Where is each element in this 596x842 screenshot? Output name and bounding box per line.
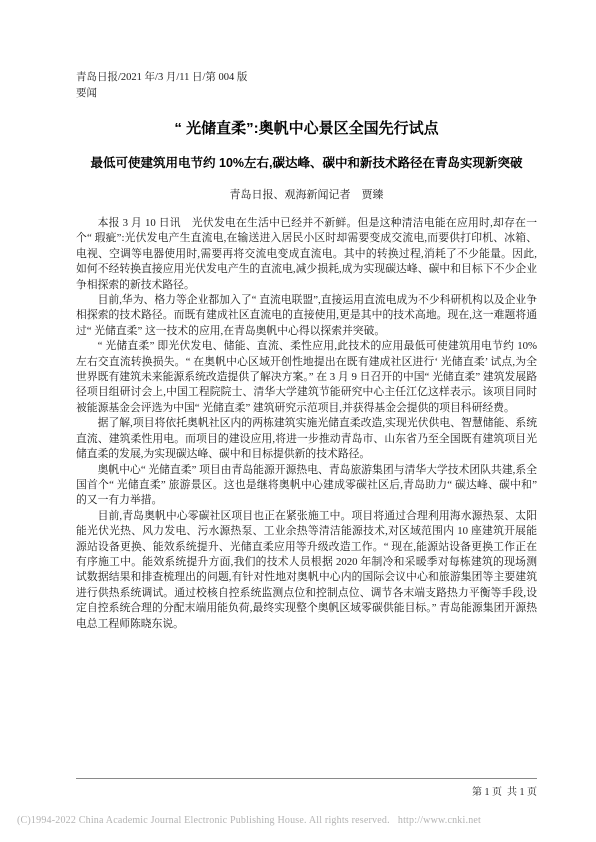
article-paragraph: 本报 3 月 10 日讯 光伏发电在生活中已经并不新鲜。但是这种清洁电能在应用时…	[76, 216, 537, 293]
footer-divider	[76, 778, 537, 779]
article-title: “ 光储直柔”:奥帆中心景区全国先行试点	[76, 119, 537, 139]
article-byline: 青岛日报、观海新闻记者 贾臻	[76, 186, 537, 202]
article-paragraph: 目前,华为、格力等企业都加入了“ 直流电联盟”,直接运用直流电成为不少科研机构以…	[76, 293, 537, 339]
section-label: 要闻	[76, 86, 537, 102]
copyright-notice: (C)1994-2022 China Academic Journal Elec…	[17, 815, 481, 826]
article-paragraph: 目前,青岛奥帆中心零碳社区项目也正在紧张施工中。项目将通过合理利用海水源热泵、太…	[76, 509, 537, 632]
document-page: 青岛日报/2021 年/3 月/11 日/第 004 版 要闻 “ 光储直柔”:…	[0, 0, 596, 842]
article-body: 本报 3 月 10 日讯 光伏发电在生活中已经并不新鲜。但是这种清洁电能在应用时…	[76, 216, 537, 632]
document-header: 青岛日报/2021 年/3 月/11 日/第 004 版 要闻	[76, 70, 537, 101]
source-line: 青岛日报/2021 年/3 月/11 日/第 004 版	[76, 70, 537, 86]
page-number: 第 1 页 共 1 页	[472, 783, 537, 798]
article-paragraph: “ 光储直柔” 即光伏发电、储能、直流、柔性应用,此技术的应用最低可使建筑用电节…	[76, 339, 537, 416]
article-paragraph: 据了解,项目将依托奥帆社区内的两栋建筑实施光储直柔改造,实现光伏供电、智慧储能、…	[76, 416, 537, 462]
article-paragraph: 奥帆中心“ 光储直柔” 项目由青岛能源开源热电、青岛旅游集团与清华大学技术团队共…	[76, 463, 537, 509]
article-content: 青岛日报/2021 年/3 月/11 日/第 004 版 要闻 “ 光储直柔”:…	[76, 70, 537, 632]
article-subtitle: 最低可使建筑用电节约 10%左右,碳达峰、碳中和新技术路径在青岛实现新突破	[76, 153, 537, 173]
